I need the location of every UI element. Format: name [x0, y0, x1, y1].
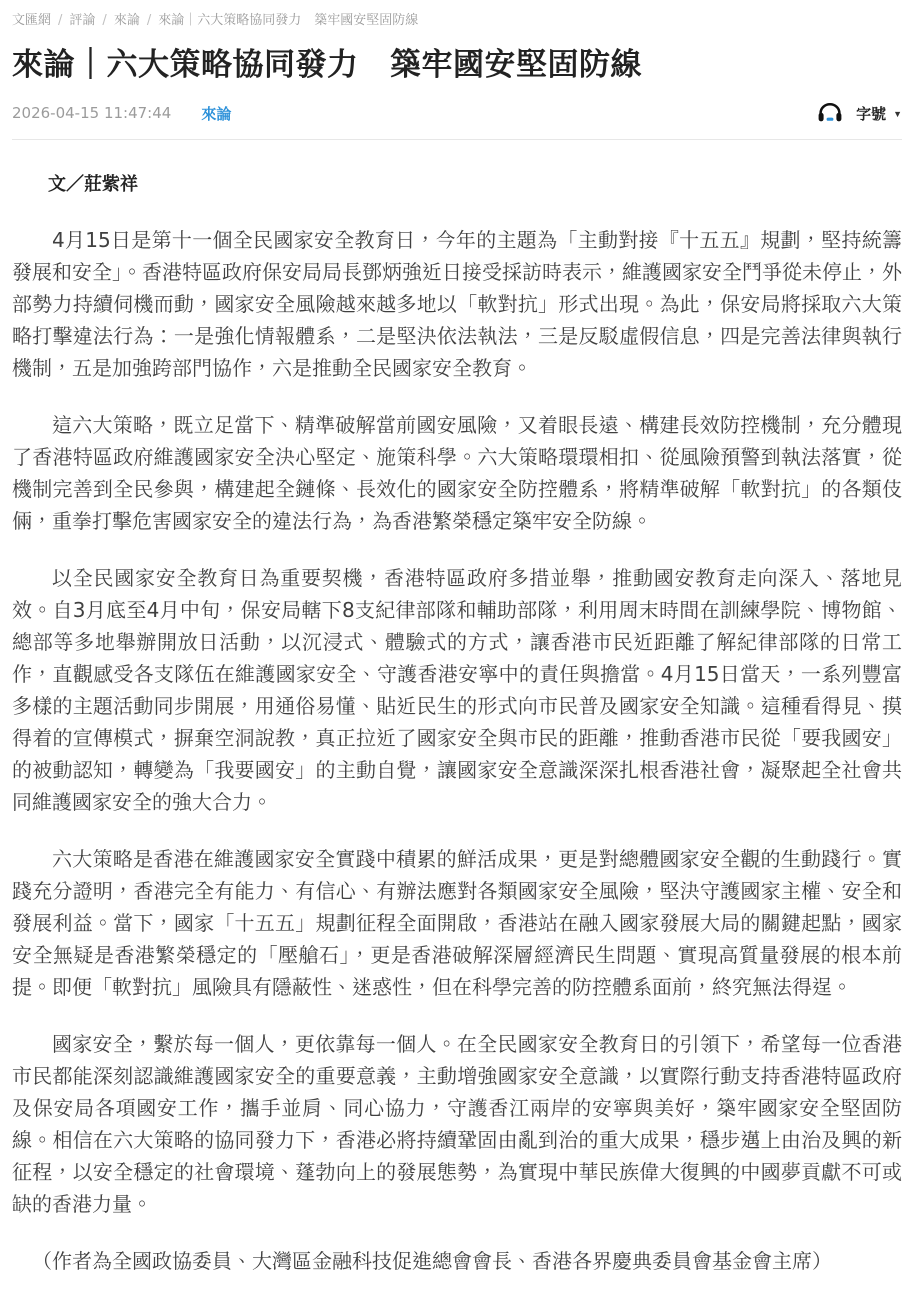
- category-tag[interactable]: 來論: [201, 103, 231, 124]
- font-size-label: 字號: [856, 103, 886, 124]
- breadcrumb-separator: /: [147, 13, 151, 28]
- breadcrumb-item-comment[interactable]: 評論: [69, 13, 95, 28]
- breadcrumb-separator: /: [102, 13, 106, 28]
- listen-button[interactable]: [816, 100, 844, 127]
- breadcrumb-item-current: 來論｜六大策略協同發力 築牢國安堅固防線: [158, 13, 418, 28]
- headphones-icon: [816, 100, 844, 127]
- page-title: 來論｜六大策略協同發力 築牢國安堅固防線: [12, 48, 902, 84]
- divider: [12, 139, 902, 140]
- author-note: （作者為全國政協委員、大灣區金融科技促進總會會長、香港各界慶典委員會基金會主席）: [12, 1245, 902, 1277]
- breadcrumb-item-laipun[interactable]: 來論: [114, 13, 140, 28]
- breadcrumb-item-home[interactable]: 文匯網: [12, 13, 51, 28]
- article-meta: 2026-04-15 11:47:44 來論 字號 ▼: [12, 100, 902, 127]
- font-size-dropdown[interactable]: 字號 ▼: [856, 103, 902, 124]
- chevron-down-icon: ▼: [893, 109, 902, 119]
- paragraph-3: 以全民國家安全教育日為重要契機，香港特區政府多措並舉，推動國安教育走向深入、落地…: [12, 562, 902, 818]
- paragraph-5: 國家安全，繫於每一個人，更依靠每一個人。在全民國家安全教育日的引領下，希望每一位…: [12, 1028, 902, 1220]
- article-body: 文／莊紫祥 4月15日是第十一個全民國家安全教育日，今年的主題為「主動對接『十五…: [12, 170, 902, 1277]
- author-line: 文／莊紫祥: [12, 170, 902, 196]
- breadcrumb-separator: /: [58, 13, 62, 28]
- article-toolbar: 字號 ▼: [816, 100, 902, 127]
- paragraph-4: 六大策略是香港在維護國家安全實踐中積累的鮮活成果，更是對總體國家安全觀的生動踐行…: [12, 843, 902, 1003]
- paragraph-2: 這六大策略，既立足當下、精準破解當前國安風險，又着眼長遠、構建長效防控機制，充分…: [12, 409, 902, 537]
- breadcrumb: 文匯網/評論/來論/來論｜六大策略協同發力 築牢國安堅固防線: [12, 0, 902, 28]
- article-date: 2026-04-15 11:47:44: [12, 104, 171, 122]
- article-page: 文匯網/評論/來論/來論｜六大策略協同發力 築牢國安堅固防線 來論｜六大策略協同…: [0, 0, 914, 1307]
- paragraph-1: 4月15日是第十一個全民國家安全教育日，今年的主題為「主動對接『十五五』規劃，堅…: [12, 224, 902, 384]
